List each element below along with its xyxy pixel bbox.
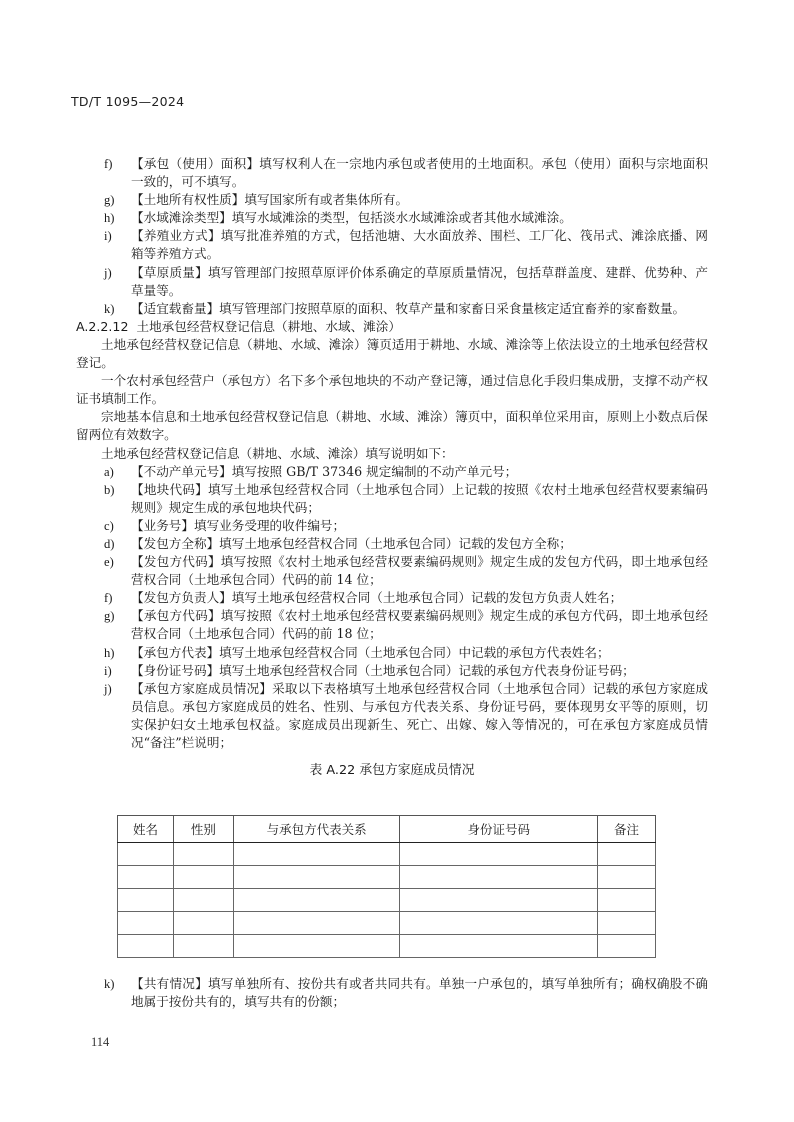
list-label: f) — [104, 155, 112, 173]
table-caption: 表 A.22 承包方家庭成员情况 — [76, 762, 708, 780]
list-label: i) — [104, 227, 112, 245]
table-row — [118, 935, 656, 958]
list-item: g)【承包方代码】填写按照《农村土地承包经营权要素编码规则》规定生成的承包方代码… — [76, 607, 708, 643]
table-cell — [598, 912, 656, 935]
list-item: h)【水域滩涂类型】填写水域滩涂的类型，包括淡水水域滩涂或者其他水域滩涂。 — [76, 209, 708, 227]
table-cell — [400, 935, 598, 958]
column-header-gender: 性别 — [173, 816, 233, 843]
table-cell — [173, 912, 233, 935]
list-item: i)【养殖业方式】填写批准养殖的方式，包括池塘、大水面放养、围栏、工厂化、筏吊式… — [76, 227, 708, 263]
table-cell — [118, 912, 174, 935]
table-cell — [118, 935, 174, 958]
list-text: 【业务号】填写业务受理的收件编号； — [131, 517, 708, 535]
section-title: 土地承包经营权登记信息（耕地、水域、滩涂） — [136, 319, 400, 334]
list-text: 【草原质量】填写管理部门按照草原评价体系确定的草原质量情况，包括草群盖度、建群、… — [131, 264, 708, 300]
list-text: 【水域滩涂类型】填写水域滩涂的类型，包括淡水水域滩涂或者其他水域滩涂。 — [131, 209, 708, 227]
table-cell — [233, 889, 400, 912]
table-cell — [173, 843, 233, 866]
list-label: c) — [104, 517, 114, 535]
column-header-relation: 与承包方代表关系 — [233, 816, 400, 843]
list-item: b)【地块代码】填写土地承包经营权合同（土地承包合同）上记载的按照《农村土地承包… — [76, 481, 708, 517]
table-cell — [598, 889, 656, 912]
list-label: f) — [104, 589, 112, 607]
table-row — [118, 912, 656, 935]
table-cell — [233, 843, 400, 866]
column-header-id-number: 身份证号码 — [400, 816, 598, 843]
list-label: b) — [104, 481, 115, 499]
table-cell — [400, 866, 598, 889]
list-label: d) — [104, 535, 115, 553]
table-cell — [118, 843, 174, 866]
list-item: d)【发包方全称】填写土地承包经营权合同（土地承包合同）记载的发包方全称； — [76, 535, 708, 553]
list-label: h) — [104, 209, 115, 227]
list-text: 【发包方全称】填写土地承包经营权合同（土地承包合同）记载的发包方全称； — [131, 535, 708, 553]
table-cell — [598, 935, 656, 958]
list-label: k) — [104, 975, 115, 993]
list-item: e)【发包方代码】填写按照《农村土地承包经营权要素编码规则》规定生成的发包方代码… — [76, 553, 708, 589]
column-header-remarks: 备注 — [598, 816, 656, 843]
list-label: g) — [104, 607, 115, 625]
list-item: g)【土地所有权性质】填写国家所有或者集体所有。 — [76, 191, 708, 209]
table-cell — [400, 889, 598, 912]
standard-code: TD/T 1095—2024 — [71, 94, 184, 109]
table-row — [118, 843, 656, 866]
page-number: 114 — [91, 1035, 109, 1050]
list-item: k)【共有情况】填写单独所有、按份共有或者共同共有。单独一户承包的，填写单独所有… — [76, 975, 708, 1011]
table-row — [118, 866, 656, 889]
list-text: 【发包方负责人】填写土地承包经营权合同（土地承包合同）记载的发包方负责人姓名； — [131, 589, 708, 607]
table-cell — [118, 889, 174, 912]
list-item: f)【承包（使用）面积】填写权利人在一宗地内承包或者使用的土地面积。承包（使用）… — [76, 155, 708, 191]
list-label: j) — [104, 264, 112, 282]
list-text: 【养殖业方式】填写批准养殖的方式，包括池塘、大水面放养、围栏、工厂化、筏吊式、滩… — [131, 227, 708, 263]
table-row — [118, 889, 656, 912]
list-text: 【共有情况】填写单独所有、按份共有或者共同共有。单独一户承包的，填写单独所有；确… — [131, 975, 708, 1011]
section-number: A.2.2.12 — [76, 319, 128, 334]
table-cell — [233, 935, 400, 958]
list-text: 【承包（使用）面积】填写权利人在一宗地内承包或者使用的土地面积。承包（使用）面积… — [131, 155, 708, 191]
table-cell — [173, 935, 233, 958]
document-body-continued: k)【共有情况】填写单独所有、按份共有或者共同共有。单独一户承包的，填写单独所有… — [76, 975, 708, 1011]
list-label: g) — [104, 191, 115, 209]
list-text: 【承包方家庭成员情况】采取以下表格填写土地承包经营权合同（土地承包合同）记载的承… — [131, 680, 708, 752]
list-item: j)【草原质量】填写管理部门按照草原评价体系确定的草原质量情况，包括草群盖度、建… — [76, 264, 708, 300]
list-label: e) — [104, 553, 114, 571]
list-label: j) — [104, 680, 112, 698]
list-text: 【不动产单元号】填写按照 GB/T 37346 规定编制的不动产单元号； — [131, 463, 708, 481]
list-text: 【适宜载畜量】填写管理部门按照草原的面积、牧草产量和家畜日采食量核定适宜畜养的家… — [131, 300, 708, 318]
table-cell — [233, 912, 400, 935]
list-item: c)【业务号】填写业务受理的收件编号； — [76, 517, 708, 535]
list-text: 【承包方代表】填写土地承包经营权合同（土地承包合同）中记载的承包方代表姓名； — [131, 644, 708, 662]
table-cell — [173, 889, 233, 912]
list-item: j)【承包方家庭成员情况】采取以下表格填写土地承包经营权合同（土地承包合同）记载… — [76, 680, 708, 752]
table-cell — [598, 866, 656, 889]
list-item: f)【发包方负责人】填写土地承包经营权合同（土地承包合同）记载的发包方负责人姓名… — [76, 589, 708, 607]
list-label: a) — [104, 463, 114, 481]
table-cell — [400, 912, 598, 935]
paragraph: 土地承包经营权登记信息（耕地、水域、滩涂）簿页适用于耕地、水域、滩涂等上依法设立… — [76, 336, 708, 372]
list-label: k) — [104, 300, 115, 318]
list-item: i)【身份证号码】填写土地承包经营权合同（土地承包合同）记载的承包方代表身份证号… — [76, 662, 708, 680]
list-text: 【身份证号码】填写土地承包经营权合同（土地承包合同）记载的承包方代表身份证号码； — [131, 662, 708, 680]
paragraph: 宗地基本信息和土地承包经营权登记信息（耕地、水域、滩涂）簿页中，面积单位采用亩，… — [76, 408, 708, 444]
table-cell — [400, 843, 598, 866]
list-text: 【地块代码】填写土地承包经营权合同（土地承包合同）上记载的按照《农村土地承包经营… — [131, 481, 708, 517]
paragraph: 土地承包经营权登记信息（耕地、水域、滩涂）填写说明如下： — [76, 445, 708, 463]
paragraph: 一个农村承包经营户（承包方）名下多个承包地块的不动产登记簿，通过信息化手段归集成… — [76, 372, 708, 408]
table-cell — [233, 866, 400, 889]
table-cell — [118, 866, 174, 889]
list-label: i) — [104, 662, 112, 680]
section-heading: A.2.2.12土地承包经营权登记信息（耕地、水域、滩涂） — [76, 318, 708, 336]
table-cell — [173, 866, 233, 889]
list-text: 【土地所有权性质】填写国家所有或者集体所有。 — [131, 191, 708, 209]
table-header-row: 姓名 性别 与承包方代表关系 身份证号码 备注 — [118, 816, 656, 843]
document-body: f)【承包（使用）面积】填写权利人在一宗地内承包或者使用的土地面积。承包（使用）… — [76, 155, 708, 788]
list-text: 【发包方代码】填写按照《农村土地承包经营权要素编码规则》规定生成的发包方代码，即… — [131, 553, 708, 589]
table-cell — [598, 843, 656, 866]
list-label: h) — [104, 644, 115, 662]
list-item: k)【适宜载畜量】填写管理部门按照草原的面积、牧草产量和家畜日采食量核定适宜畜养… — [76, 300, 708, 318]
list-item: a)【不动产单元号】填写按照 GB/T 37346 规定编制的不动产单元号； — [76, 463, 708, 481]
list-text: 【承包方代码】填写按照《农村土地承包经营权要素编码规则》规定生成的承包方代码，即… — [131, 607, 708, 643]
column-header-name: 姓名 — [118, 816, 174, 843]
family-members-table: 姓名 性别 与承包方代表关系 身份证号码 备注 — [117, 815, 656, 958]
list-item: h)【承包方代表】填写土地承包经营权合同（土地承包合同）中记载的承包方代表姓名； — [76, 644, 708, 662]
